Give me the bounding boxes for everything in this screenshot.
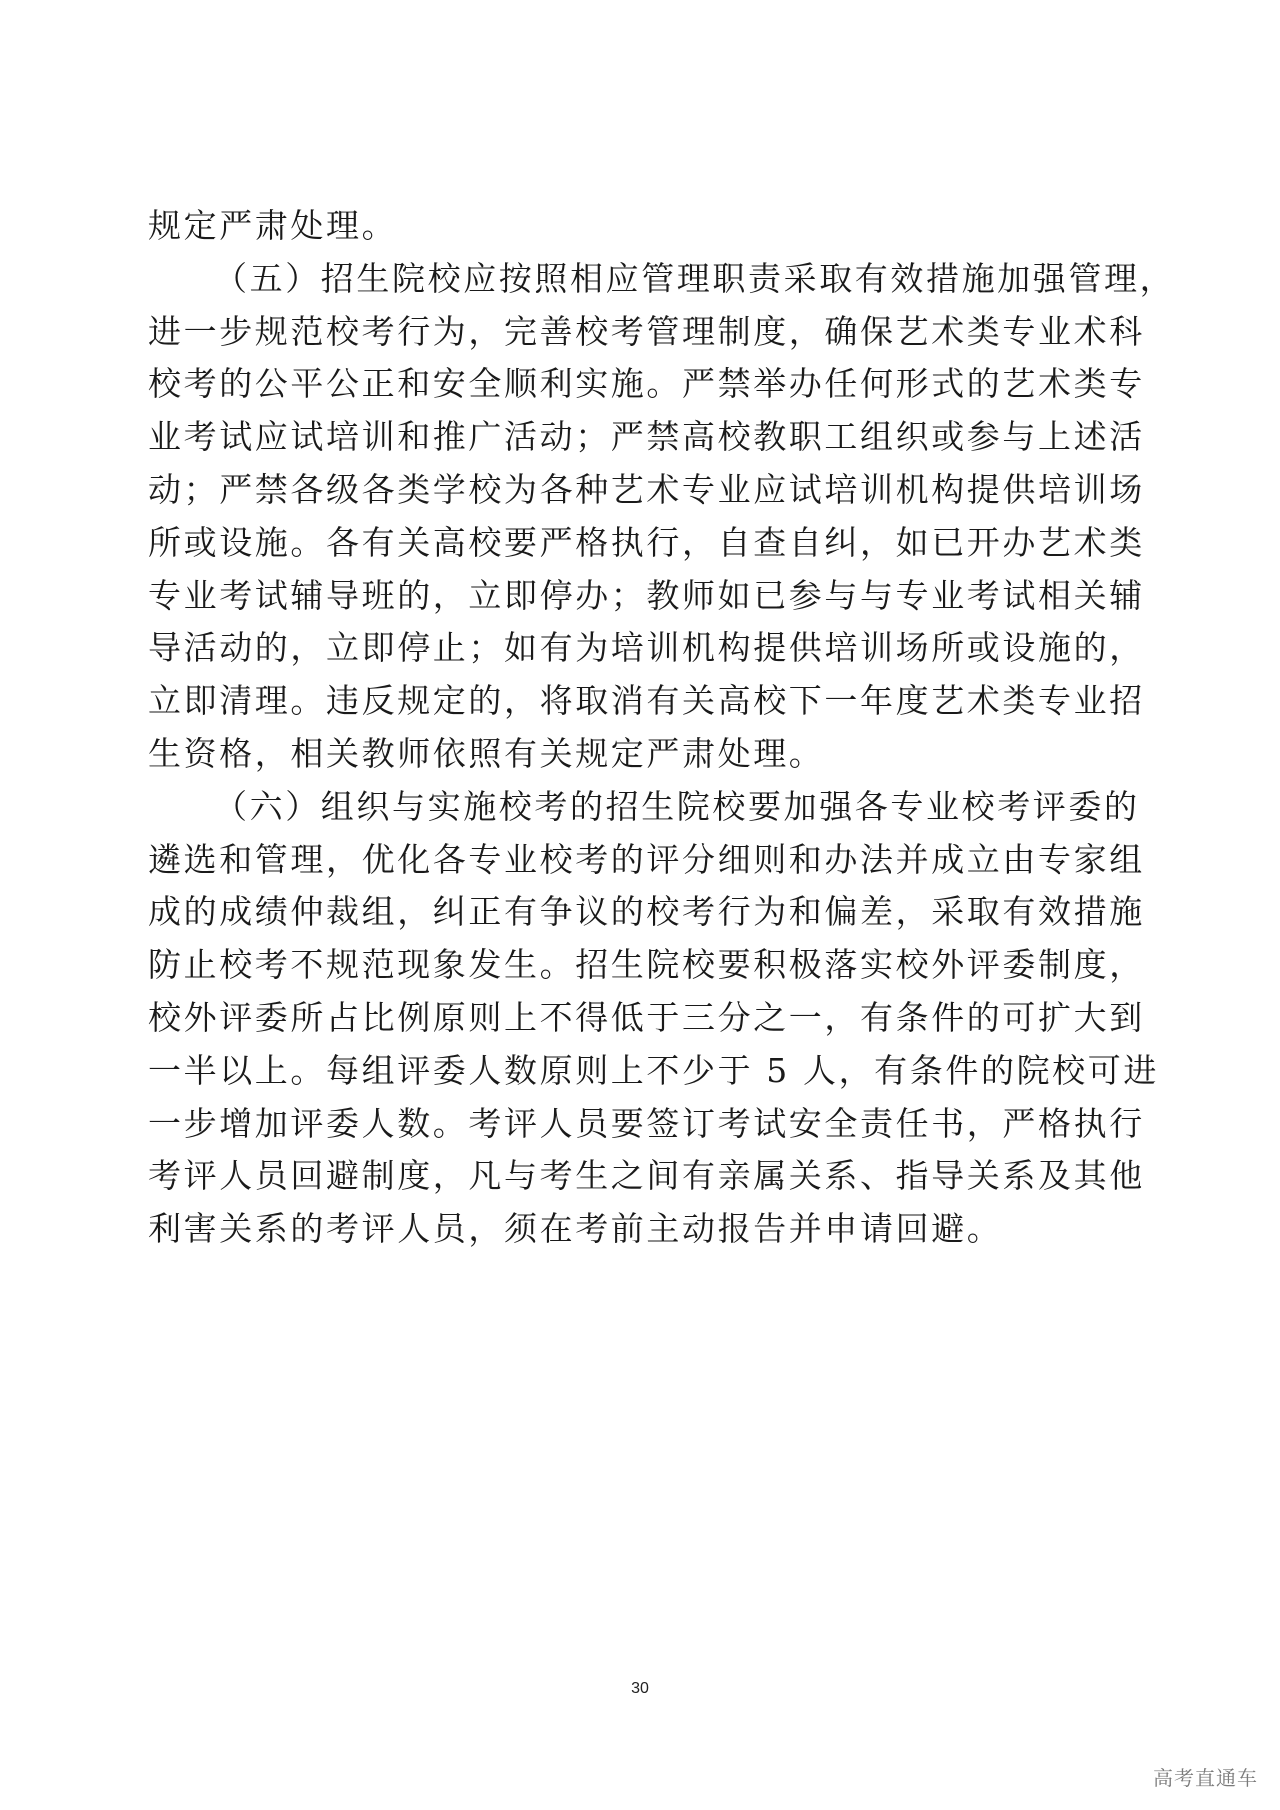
paragraph-6-heading-line: （六）组织与实施校考的招生院校要加强各专业校考评委的 <box>148 781 978 834</box>
text-line: 防止校考不规范现象发生。招生院校要积极落实校外评委制度， <box>148 939 978 992</box>
watermark-label: 高考直通车 <box>1153 1762 1258 1791</box>
text-line: 所或设施。各有关高校要严格执行，自查自纠，如已开办艺术类 <box>148 517 978 570</box>
page-number: 30 <box>0 1680 1280 1698</box>
text-line: 遴选和管理，优化各专业校考的评分细则和办法并成立由专家组 <box>148 834 978 887</box>
text-line: 导活动的，立即停止；如有为培训机构提供培训场所或设施的， <box>148 622 978 675</box>
document-page: 规定严肃处理。 （五）招生院校应按照相应管理职责采取有效措施加强管理， 进一步规… <box>0 0 1280 1810</box>
text-line: 利害关系的考评人员，须在考前主动报告并申请回避。 <box>148 1203 978 1256</box>
text-line: 考评人员回避制度，凡与考生之间有亲属关系、指导关系及其他 <box>148 1150 978 1203</box>
text-line: 专业考试辅导班的，立即停办；教师如已参与与专业考试相关辅 <box>148 570 978 623</box>
text-line: 业考试应试培训和推广活动；严禁高校教职工组织或参与上述活 <box>148 411 978 464</box>
text-line: 立即清理。违反规定的，将取消有关高校下一年度艺术类专业招 <box>148 675 978 728</box>
text-line: 生资格，相关教师依照有关规定严肃处理。 <box>148 728 978 781</box>
text-line: 一半以上。每组评委人数原则上不少于 5 人，有条件的院校可进 <box>148 1045 978 1098</box>
text-line: 校考的公平公正和安全顺利实施。严禁举办任何形式的艺术类专 <box>148 358 978 411</box>
text-line: 规定严肃处理。 <box>148 200 978 253</box>
document-body: 规定严肃处理。 （五）招生院校应按照相应管理职责采取有效措施加强管理， 进一步规… <box>148 200 978 1256</box>
text-line: 校外评委所占比例原则上不得低于三分之一，有条件的可扩大到 <box>148 992 978 1045</box>
paragraph-5-heading-line: （五）招生院校应按照相应管理职责采取有效措施加强管理， <box>148 253 978 306</box>
text-line: 一步增加评委人数。考评人员要签订考试安全责任书，严格执行 <box>148 1098 978 1151</box>
text-line: 成的成绩仲裁组，纠正有争议的校考行为和偏差，采取有效措施 <box>148 886 978 939</box>
text-line: 进一步规范校考行为，完善校考管理制度，确保艺术类专业术科 <box>148 306 978 359</box>
text-line: 动；严禁各级各类学校为各种艺术专业应试培训机构提供培训场 <box>148 464 978 517</box>
